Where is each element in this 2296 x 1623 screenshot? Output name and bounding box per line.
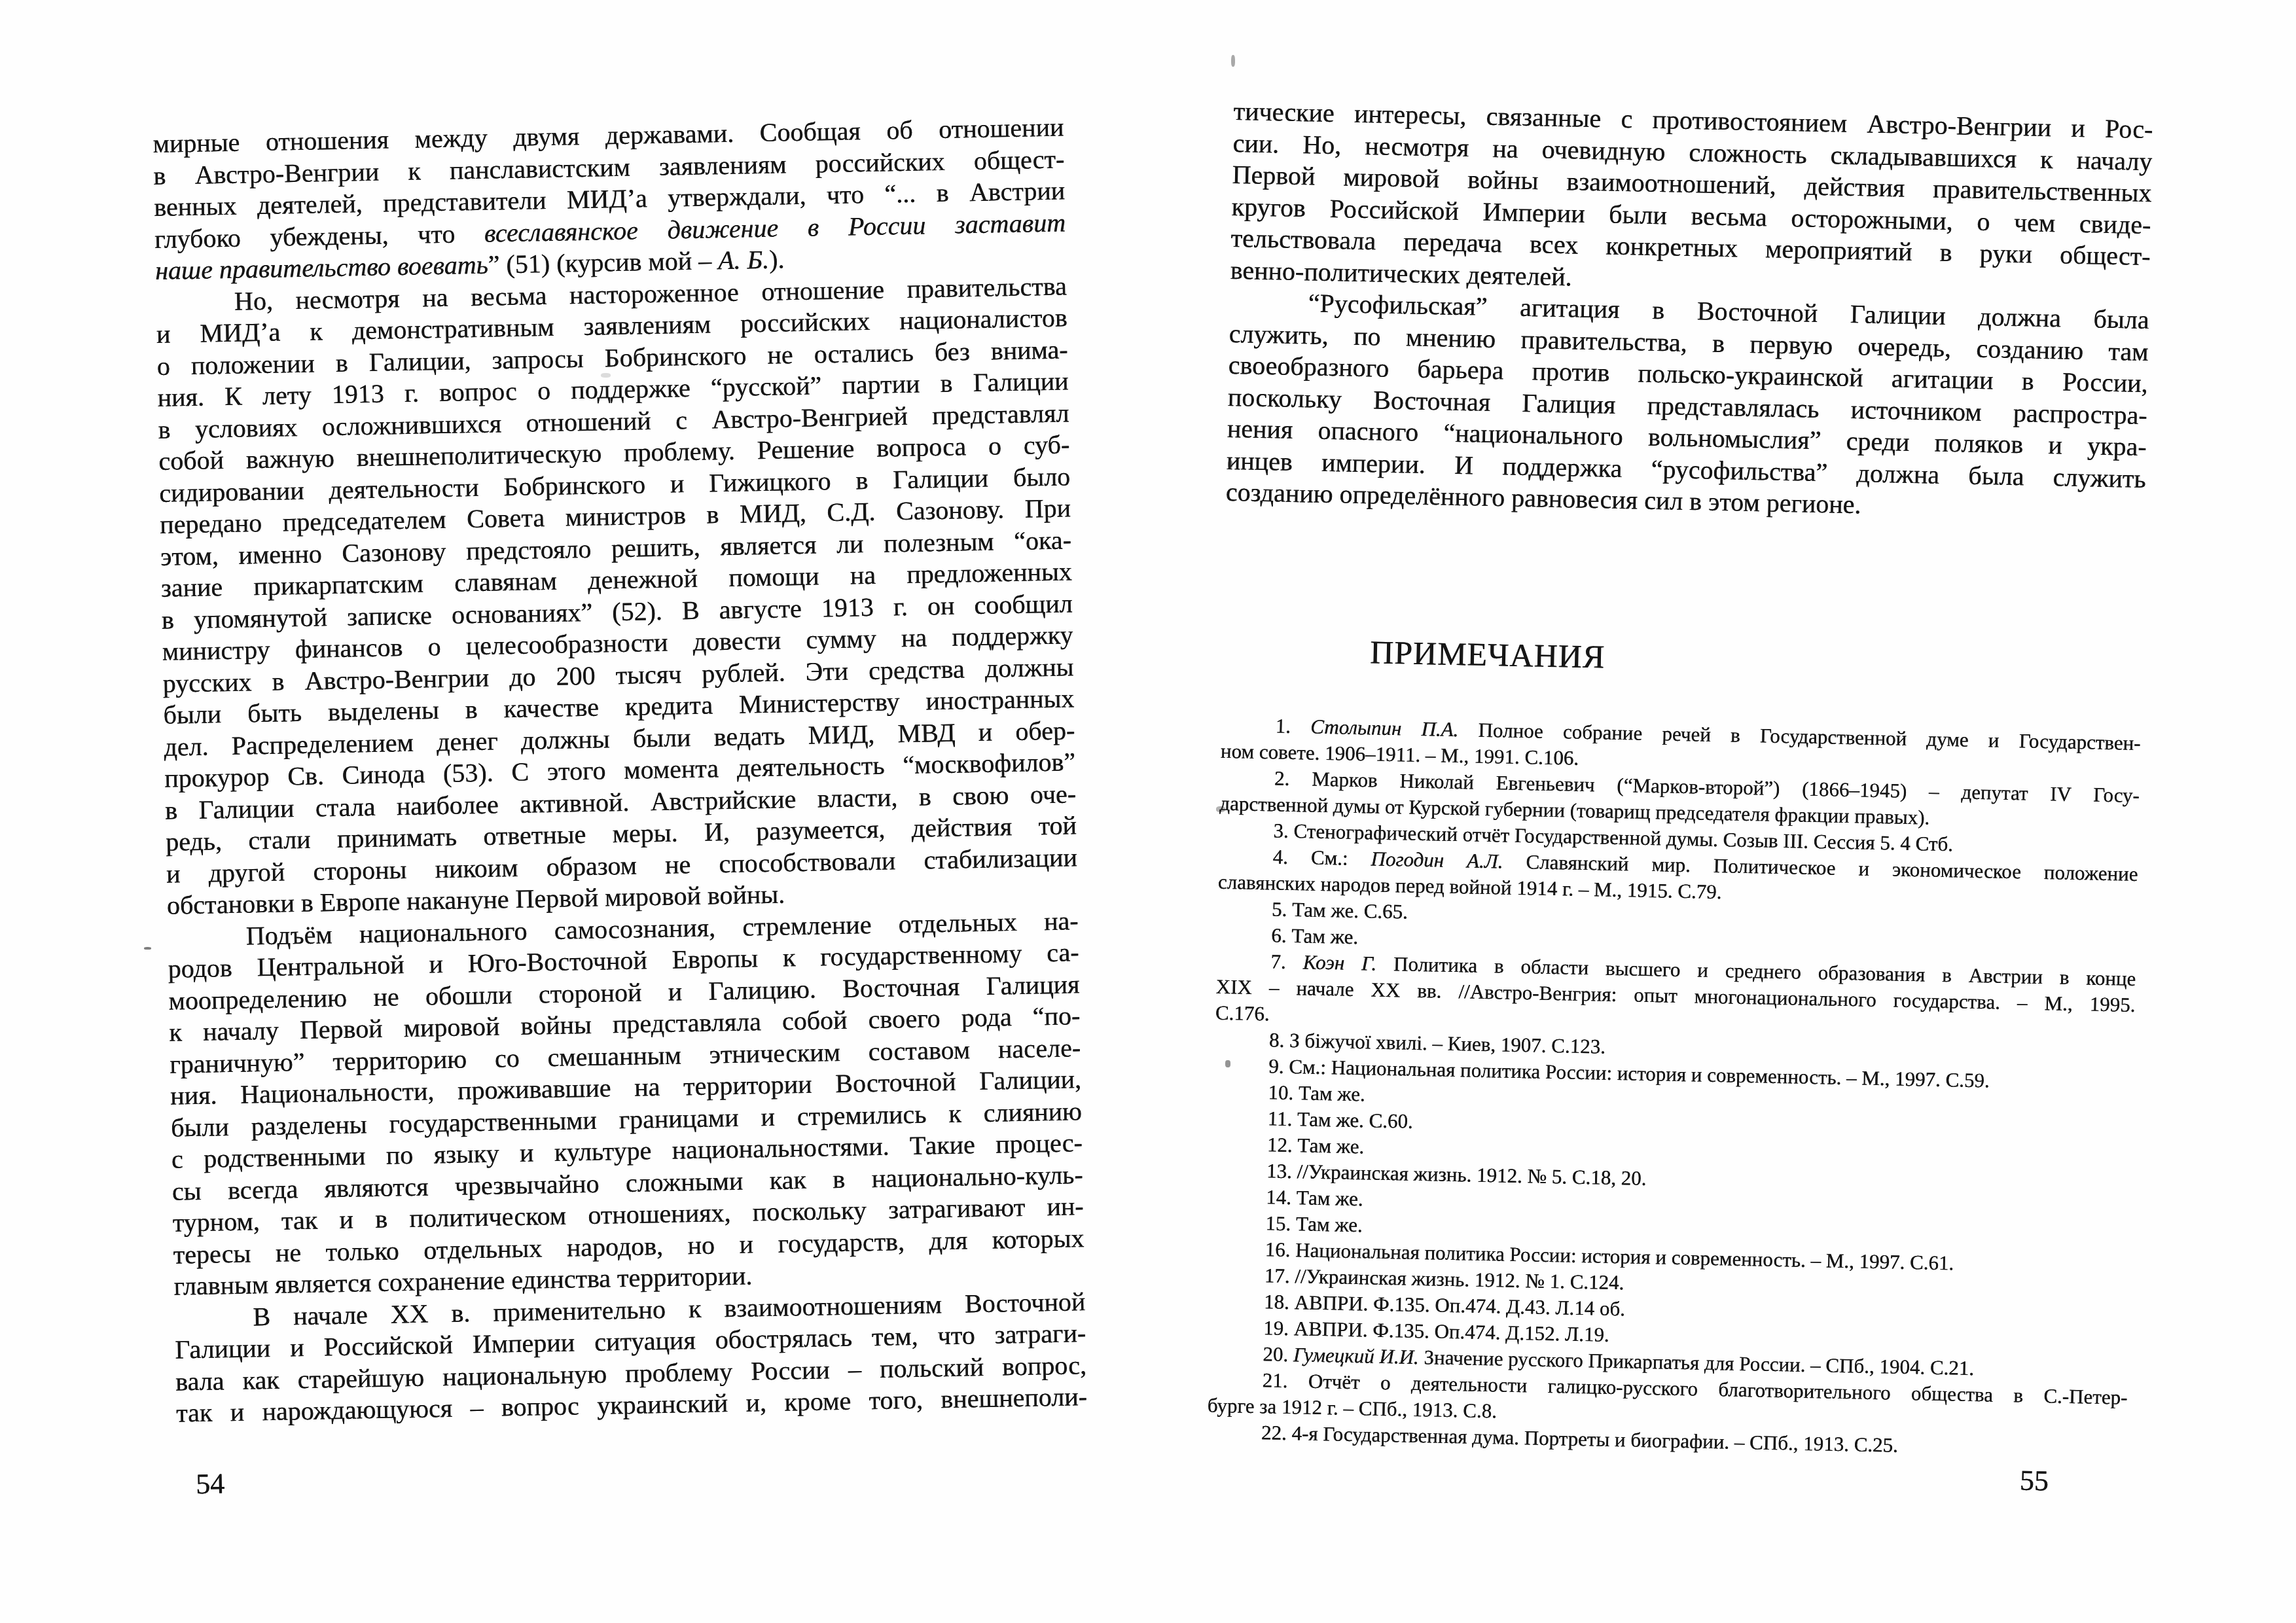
notes-list: 1. Столыпин П.А. Полное собрание речей в… (1207, 711, 2141, 1463)
scan-artifact-speck (1231, 55, 1235, 67)
scan-artifact-speck (1228, 460, 1232, 469)
scan-artifact-speck (144, 947, 151, 950)
scan-artifact-speck (601, 373, 611, 378)
italic-text-segment: Столыпин П.А. (1310, 715, 1459, 741)
text-segment: С.176. (1215, 1001, 1270, 1025)
text-segment: 14. Там же. (1266, 1185, 1363, 1210)
italic-text-segment: наше правительство воевать (155, 250, 488, 285)
text-segment: 7. (1270, 950, 1303, 973)
text-segment: 19. АВПРИ. Ф.135. Оп.474. Д.152. Л.19. (1263, 1316, 1609, 1346)
text-segment: 17. //Украинская жизнь. 1912. № 1. С.124… (1264, 1264, 1624, 1294)
scan-artifact-speck (1216, 806, 1225, 812)
right-page-body-text: тические интересы, связанные с противост… (1225, 96, 2153, 527)
text-segment: 8. З біжучої хвилі. – Киев, 1907. С.123. (1269, 1028, 1606, 1058)
text-segment: 4. См.: (1272, 845, 1371, 870)
text-segment: 6. Там же. (1271, 923, 1358, 948)
text-segment: 15. Там же. (1265, 1211, 1363, 1236)
page-number-left: 54 (177, 1451, 1089, 1501)
text-segment: ). (769, 244, 785, 274)
text-segment: 12. Там же. (1267, 1133, 1365, 1158)
text-segment: ном совете. 1906–1911. – М., 1991. С.106… (1221, 739, 1579, 769)
left-page-body-text: мирные отношения между двумя державами. … (152, 111, 1087, 1429)
text-segment: венно-политических деятелей. (1230, 255, 1572, 291)
right-page: тические интересы, связанные с противост… (1206, 96, 2153, 1499)
text-segment: ” (51) (курсив мой – (488, 245, 718, 279)
text-segment: 20. (1263, 1342, 1293, 1366)
text-segment: глубоко убеждены, что (154, 218, 485, 253)
scanned-book-spread: { "left_page": { "page_number": "54", "l… (0, 0, 2296, 1623)
italic-text-segment: Погодин А.Л. (1371, 847, 1503, 872)
text-segment: 11. Там же. С.60. (1267, 1107, 1413, 1132)
text-segment: 10. Там же. (1268, 1080, 1365, 1105)
italic-text-segment: А. Б. (717, 245, 769, 275)
italic-text-segment: Гумецкий И.И. (1293, 1343, 1420, 1368)
text-segment: бурге за 1912 г. – СПб., 1913. С.8. (1207, 1393, 1497, 1422)
left-page: мирные отношения между двумя державами. … (152, 111, 1088, 1501)
scan-artifact-speck (1225, 1060, 1230, 1067)
notes-heading: ПРИМЕЧАНИЯ (1369, 632, 2142, 688)
text-segment: 1. (1275, 714, 1310, 738)
italic-text-segment: Коэн Г. (1302, 950, 1376, 974)
text-segment: 5. Там же. С.65. (1272, 897, 1408, 923)
